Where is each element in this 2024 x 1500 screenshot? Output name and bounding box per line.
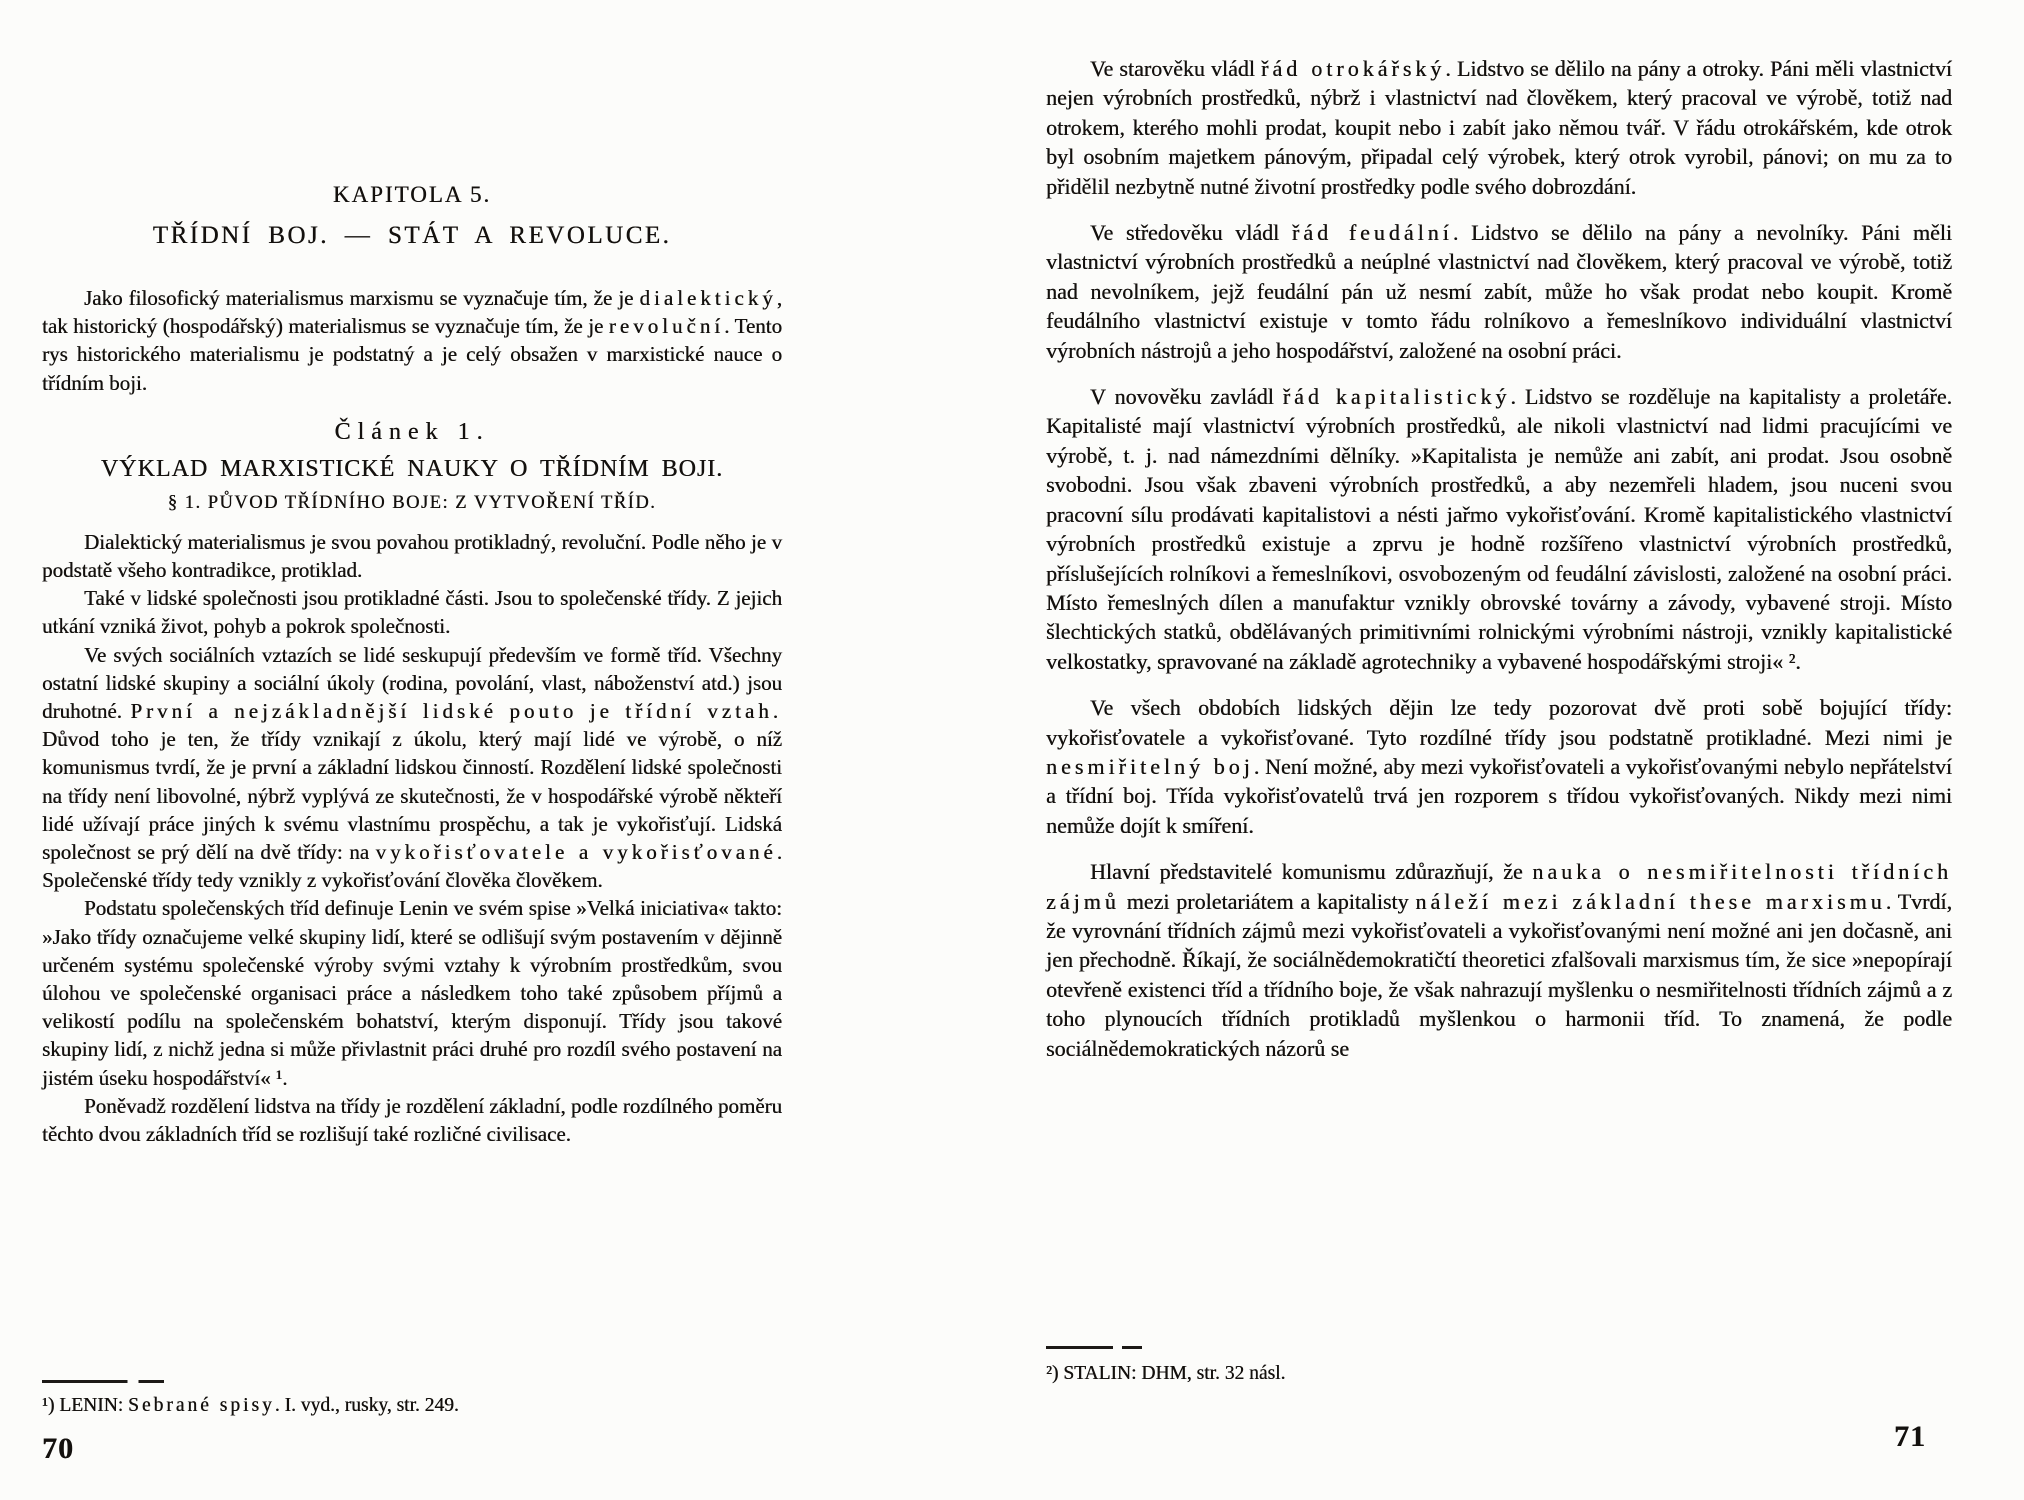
book-spread-scan: KAPITOLA 5. TŘÍDNÍ BOJ. — STÁT A REVOLUC… [0,0,2024,1500]
paragraph: Ve středověku vládl řád feudální. Lidstv… [1046,218,1952,365]
paragraph: V novověku zavládl řád kapitalistický. L… [1046,382,1952,676]
emphasized-text: vykořisťovatele a vykořisťované [376,840,777,864]
text-run: V novověku zavládl [1090,384,1283,409]
text-run: ¹) LENIN: [42,1395,128,1416]
text-run: Jako filosofický materialismus marxismu … [84,286,639,310]
section-heading: § 1. PŮVOD TŘÍDNÍHO BOJE: Z VYTVOŘENÍ TŘ… [42,493,782,514]
paragraph: Ve starověku vládl řád otrokářský. Lidst… [1046,54,1952,201]
emphasized-text: První a nejzákladnější lidské pouto je t… [130,699,782,723]
text-run: . I. vyd., rusky, str. 249. [275,1395,459,1416]
paragraph: Hlavní představitelé komunismu zdůrazňuj… [1046,857,1952,1063]
emphasized-text: revoluční [609,314,724,338]
emphasized-text: řád kapitalistický [1283,384,1511,409]
text-run: Poněvadž rozdělení lidstva na třídy je r… [42,1094,782,1146]
right-body-paragraphs: Ve starověku vládl řád otrokářský. Lidst… [1046,54,1952,1063]
page-number-left: 70 [42,1432,74,1466]
footnote-rule [42,1380,164,1383]
page-number-right: 71 [1894,1420,1926,1454]
emphasized-text: řád feudální [1292,220,1453,245]
page-left: KAPITOLA 5. TŘÍDNÍ BOJ. — STÁT A REVOLUC… [42,0,782,1148]
chapter-heading: KAPITOLA 5. [42,182,782,208]
text-run: mezi proletariátem a kapitalisty [1120,889,1416,914]
paragraph: Poněvadž rozdělení lidstva na třídy je r… [42,1092,782,1148]
emphasized-text: dialektický [639,286,776,310]
text-run: Také v lidské společnosti jsou protiklad… [42,586,782,638]
article-heading: Článek 1. [42,419,782,446]
footnote-text-left: ¹) LENIN: Sebrané spisy. I. vyd., rusky,… [42,1394,782,1418]
text-run: ²) STALIN: DHM, str. 32 násl. [1046,1363,1285,1384]
text-run: Ve starověku vládl [1090,56,1261,81]
text-run: Dialektický materialismus je svou povaho… [42,530,782,582]
page-right: Ve starověku vládl řád otrokářský. Lidst… [1046,0,1952,1063]
paragraph: Také v lidské společnosti jsou protiklad… [42,584,782,640]
paragraph: Ve všech obdobích lidských dějin lze ted… [1046,693,1952,840]
text-run: Hlavní představitelé komunismu zdůrazňuj… [1090,859,1532,884]
footnote-text-right: ²) STALIN: DHM, str. 32 násl. [1046,1362,1952,1386]
footnote-rule [1046,1346,1142,1349]
emphasized-text: řád otrokářský [1261,56,1445,81]
chapter-title: TŘÍDNÍ BOJ. — STÁT A REVOLUCE. [42,222,782,250]
left-body-paragraphs: Dialektický materialismus je svou povaho… [42,528,782,1148]
emphasized-text: nesmiřitelný boj [1046,754,1254,779]
footnote-right: ²) STALIN: DHM, str. 32 násl. [1046,1346,1952,1386]
footnote-left: ¹) LENIN: Sebrané spisy. I. vyd., rusky,… [42,1380,782,1418]
emphasized-text: Sebrané spisy [128,1395,275,1416]
text-run: . Tvrdí, že vyrovnání třídních zájmů mez… [1046,889,1952,1061]
text-run: Ve všech obdobích lidských dějin lze ted… [1046,695,1952,749]
intro-paragraph: Jako filosofický materialismus marxismu … [42,284,782,397]
paragraph: Dialektický materialismus je svou povaho… [42,528,782,584]
paragraph: Ve svých sociálních vztazích se lidé ses… [42,641,782,895]
emphasized-text: náleží mezi základní these marxismu [1415,889,1885,914]
text-run: . Lidstvo se rozděluje na kapitalisty a … [1046,384,1952,674]
text-run: Podstatu společenských tříd definuje Len… [42,896,782,1089]
article-title: VÝKLAD MARXISTICKÉ NAUKY O TŘÍDNÍM BOJI. [42,456,782,483]
paragraph: Podstatu společenských tříd definuje Len… [42,894,782,1091]
text-run: Ve středověku vládl [1090,220,1292,245]
